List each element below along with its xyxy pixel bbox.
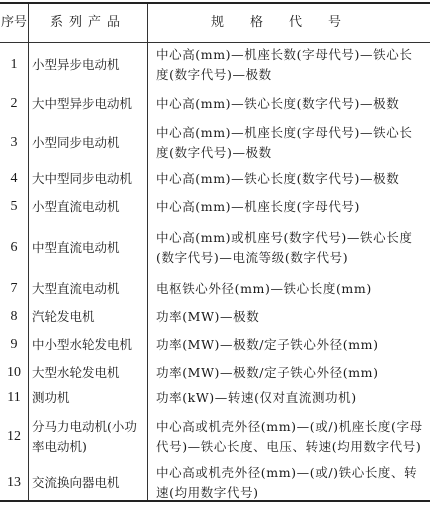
row-product: 分马力电动机(小功率电动机) [29, 409, 147, 465]
row-spec: 中心高(mm)—机座长度(字母代号) [148, 193, 430, 221]
table-row: 7 大型直流电动机 电枢铁心外径(mm)—铁心长度(mm) [0, 275, 430, 303]
row-index: 1 [0, 42, 28, 87]
header-product: 系列产品 [29, 4, 147, 42]
spec-text: 中心高或机壳外径(mm)—(或/)机座长度(字母代号)—铁心长度、电压、转速(均… [156, 417, 424, 457]
row-spec: 中心高(mm)或机座号(数字代号)—铁心长度(数字代号)—电流等级(数字代号) [148, 221, 430, 275]
spec-text: 中心高(mm)—机座长度(字母代号) [156, 197, 360, 217]
row-index: 13 [0, 465, 28, 500]
row-index: 3 [0, 120, 28, 165]
product-text: 分马力电动机(小功率电动机) [32, 417, 145, 457]
table-row: 4 大中型同步电动机 中心高(mm)—铁心长度(数字代号)—极数 [0, 165, 430, 193]
row-spec: 功率(MW)—极数/定子铁心外径(mm) [148, 331, 430, 359]
row-product: 测功机 [29, 387, 147, 409]
row-spec: 中心高或机壳外径(mm)—(或/)铁心长度、转速(均用数字代号) [148, 465, 430, 500]
spec-text: 电枢铁心外径(mm)—铁心长度(mm) [156, 279, 372, 299]
table-row: 8 汽轮发电机 功率(MW)—极数 [0, 303, 430, 331]
row-product: 交流换向器电机 [29, 465, 147, 500]
row-index: 12 [0, 409, 28, 465]
row-spec: 功率(MW)—极数 [148, 303, 430, 331]
row-spec: 中心高(mm)—铁心长度(数字代号)—极数 [148, 165, 430, 193]
spec-text: 功率(MW)—极数/定子铁心外径(mm) [156, 335, 379, 355]
spec-text: 功率(MW)—极数/定子铁心外径(mm) [156, 363, 379, 383]
header-index: 序号 [0, 4, 28, 42]
row-index: 6 [0, 221, 28, 275]
product-text: 小型异步电动机 [32, 55, 120, 75]
row-spec: 中心高(mm)—机座长数(字母代号)—铁心长度(数字代号)—极数 [148, 42, 430, 87]
row-index: 7 [0, 275, 28, 303]
product-text: 小型同步电动机 [32, 133, 120, 153]
row-product: 小型同步电动机 [29, 120, 147, 165]
row-product: 大型水轮发电机 [29, 359, 147, 387]
row-product: 中型直流电动机 [29, 221, 147, 275]
row-product: 汽轮发电机 [29, 303, 147, 331]
product-text: 交流换向器电机 [32, 473, 120, 493]
row-spec: 电枢铁心外径(mm)—铁心长度(mm) [148, 275, 430, 303]
table-row: 6 中型直流电动机 中心高(mm)或机座号(数字代号)—铁心长度(数字代号)—电… [0, 221, 430, 275]
spec-text: 中心高(mm)—铁心长度(数字代号)—极数 [156, 169, 399, 189]
spec-text: 中心高(mm)—机座长数(字母代号)—铁心长度(数字代号)—极数 [156, 45, 424, 85]
row-spec: 中心高(mm)—机座长度(字母代号)—铁心长度(数字代号)—极数 [148, 120, 430, 165]
table-row: 12 分马力电动机(小功率电动机) 中心高或机壳外径(mm)—(或/)机座长度(… [0, 409, 430, 465]
row-product: 小型异步电动机 [29, 42, 147, 87]
row-product: 小型直流电动机 [29, 193, 147, 221]
row-product: 大中型异步电动机 [29, 87, 147, 120]
table-header: 序号 系列产品 规格代号 [0, 4, 430, 42]
product-text: 测功机 [32, 388, 70, 408]
spec-code-table: 序号 系列产品 规格代号 1 小型异步电动机 中心高(mm)—机座长数(字母代号… [0, 2, 430, 502]
row-index: 2 [0, 87, 28, 120]
table-row: 11 测功机 功率(kW)—转速(仅对直流测功机) [0, 387, 430, 409]
row-spec: 中心高或机壳外径(mm)—(或/)机座长度(字母代号)—铁心长度、电压、转速(均… [148, 409, 430, 465]
row-index: 5 [0, 193, 28, 221]
row-index: 10 [0, 359, 28, 387]
row-spec: 功率(MW)—极数/定子铁心外径(mm) [148, 359, 430, 387]
table-row: 9 中小型水轮发电机 功率(MW)—极数/定子铁心外径(mm) [0, 331, 430, 359]
row-spec: 功率(kW)—转速(仅对直流测功机) [148, 387, 430, 409]
row-product: 大中型同步电动机 [29, 165, 147, 193]
row-index: 11 [0, 387, 28, 409]
row-product: 中小型水轮发电机 [29, 331, 147, 359]
product-text: 大型直流电动机 [32, 279, 120, 299]
table-row: 10 大型水轮发电机 功率(MW)—极数/定子铁心外径(mm) [0, 359, 430, 387]
spec-text: 功率(kW)—转速(仅对直流测功机) [156, 388, 357, 408]
product-text: 中型直流电动机 [32, 238, 120, 258]
product-text: 汽轮发电机 [32, 307, 95, 327]
product-text: 大型水轮发电机 [32, 363, 120, 383]
table-row: 3 小型同步电动机 中心高(mm)—机座长度(字母代号)—铁心长度(数字代号)—… [0, 120, 430, 165]
spec-text: 功率(MW)—极数 [156, 307, 259, 327]
product-text: 小型直流电动机 [32, 197, 120, 217]
spec-text: 中心高(mm)—铁心长度(数字代号)—极数 [156, 94, 399, 114]
row-index: 8 [0, 303, 28, 331]
row-product: 大型直流电动机 [29, 275, 147, 303]
spec-text: 中心高(mm)—机座长度(字母代号)—铁心长度(数字代号)—极数 [156, 123, 424, 163]
product-text: 大中型异步电动机 [32, 94, 132, 114]
row-index: 9 [0, 331, 28, 359]
spec-text: 中心高或机壳外径(mm)—(或/)铁心长度、转速(均用数字代号) [156, 463, 424, 503]
spec-text: 中心高(mm)或机座号(数字代号)—铁心长度(数字代号)—电流等级(数字代号) [156, 228, 424, 268]
table-row: 2 大中型异步电动机 中心高(mm)—铁心长度(数字代号)—极数 [0, 87, 430, 120]
product-text: 中小型水轮发电机 [32, 335, 132, 355]
table-row: 5 小型直流电动机 中心高(mm)—机座长度(字母代号) [0, 193, 430, 221]
table-row: 13 交流换向器电机 中心高或机壳外径(mm)—(或/)铁心长度、转速(均用数字… [0, 465, 430, 500]
row-spec: 中心高(mm)—铁心长度(数字代号)—极数 [148, 87, 430, 120]
product-text: 大中型同步电动机 [32, 169, 132, 189]
row-index: 4 [0, 165, 28, 193]
table-row: 1 小型异步电动机 中心高(mm)—机座长数(字母代号)—铁心长度(数字代号)—… [0, 42, 430, 87]
header-spec: 规格代号 [148, 4, 430, 42]
